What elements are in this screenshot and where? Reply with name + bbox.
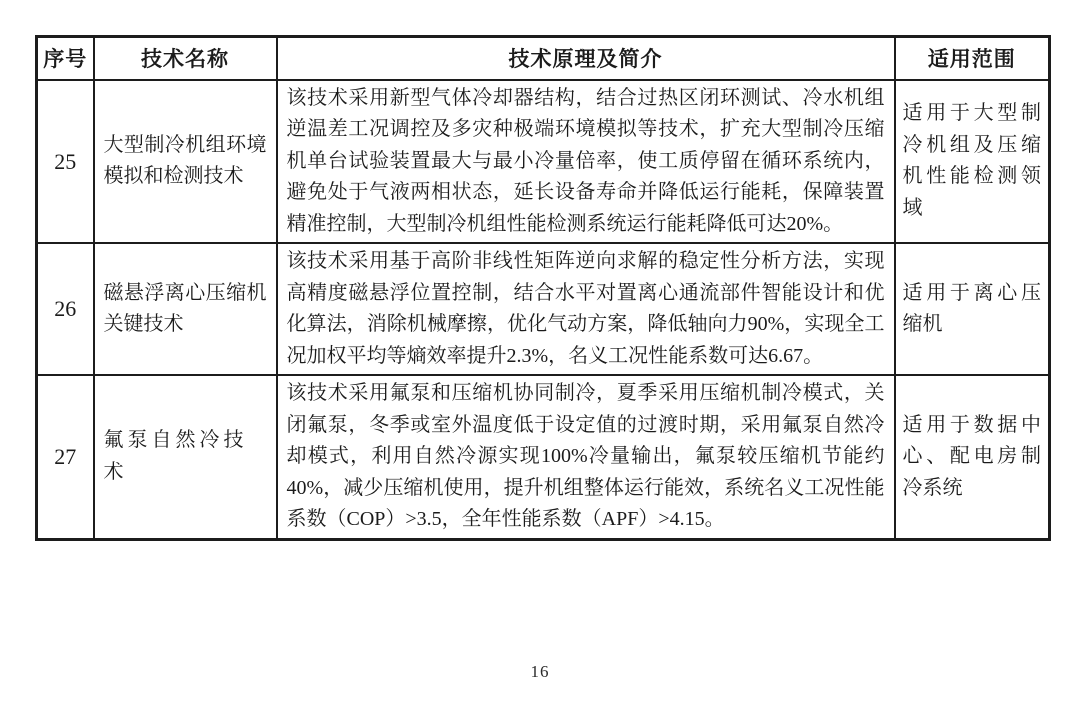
cell-row-number: 25 xyxy=(37,80,94,244)
table-row: 26 磁悬浮离心压缩机关键技术 该技术采用基于高阶非线性矩阵逆向求解的稳定性分析… xyxy=(37,243,1050,375)
cell-technology-name: 大型制冷机组环境模拟和检测技术 xyxy=(94,80,277,244)
technology-table: 序号 技术名称 技术原理及简介 适用范围 25 大型制冷机组环境模拟和检测技术 … xyxy=(35,35,1051,541)
cell-technology-principle: 该技术采用氟泵和压缩机协同制冷，夏季采用压缩机制冷模式，关闭氟泵，冬季或室外温度… xyxy=(277,375,895,539)
table-row: 25 大型制冷机组环境模拟和检测技术 该技术采用新型气体冷却器结构，结合过热区闭… xyxy=(37,80,1050,244)
column-header-principle: 技术原理及简介 xyxy=(277,37,895,80)
cell-row-number: 27 xyxy=(37,375,94,539)
cell-applicable-scope: 适用于数据中心、配电房制冷系统 xyxy=(895,375,1050,539)
page-number: 16 xyxy=(0,662,1080,682)
cell-applicable-scope: 适用于大型制冷机组及压缩机性能检测领域 xyxy=(895,80,1050,244)
table-header-row: 序号 技术名称 技术原理及简介 适用范围 xyxy=(37,37,1050,80)
column-header-name: 技术名称 xyxy=(94,37,277,80)
column-header-no: 序号 xyxy=(37,37,94,80)
cell-technology-name: 磁悬浮离心压缩机关键技术 xyxy=(94,243,277,375)
cell-technology-principle: 该技术采用基于高阶非线性矩阵逆向求解的稳定性分析方法，实现高精度磁悬浮位置控制，… xyxy=(277,243,895,375)
cell-technology-principle: 该技术采用新型气体冷却器结构，结合过热区闭环测试、冷水机组逆温差工况调控及多灾种… xyxy=(277,80,895,244)
cell-technology-name: 氟泵自然冷技术 xyxy=(94,375,277,539)
column-header-scope: 适用范围 xyxy=(895,37,1050,80)
cell-row-number: 26 xyxy=(37,243,94,375)
table-row: 27 氟泵自然冷技术 该技术采用氟泵和压缩机协同制冷，夏季采用压缩机制冷模式，关… xyxy=(37,375,1050,539)
cell-applicable-scope: 适用于离心压缩机 xyxy=(895,243,1050,375)
document-page: 序号 技术名称 技术原理及简介 适用范围 25 大型制冷机组环境模拟和检测技术 … xyxy=(0,0,1080,704)
